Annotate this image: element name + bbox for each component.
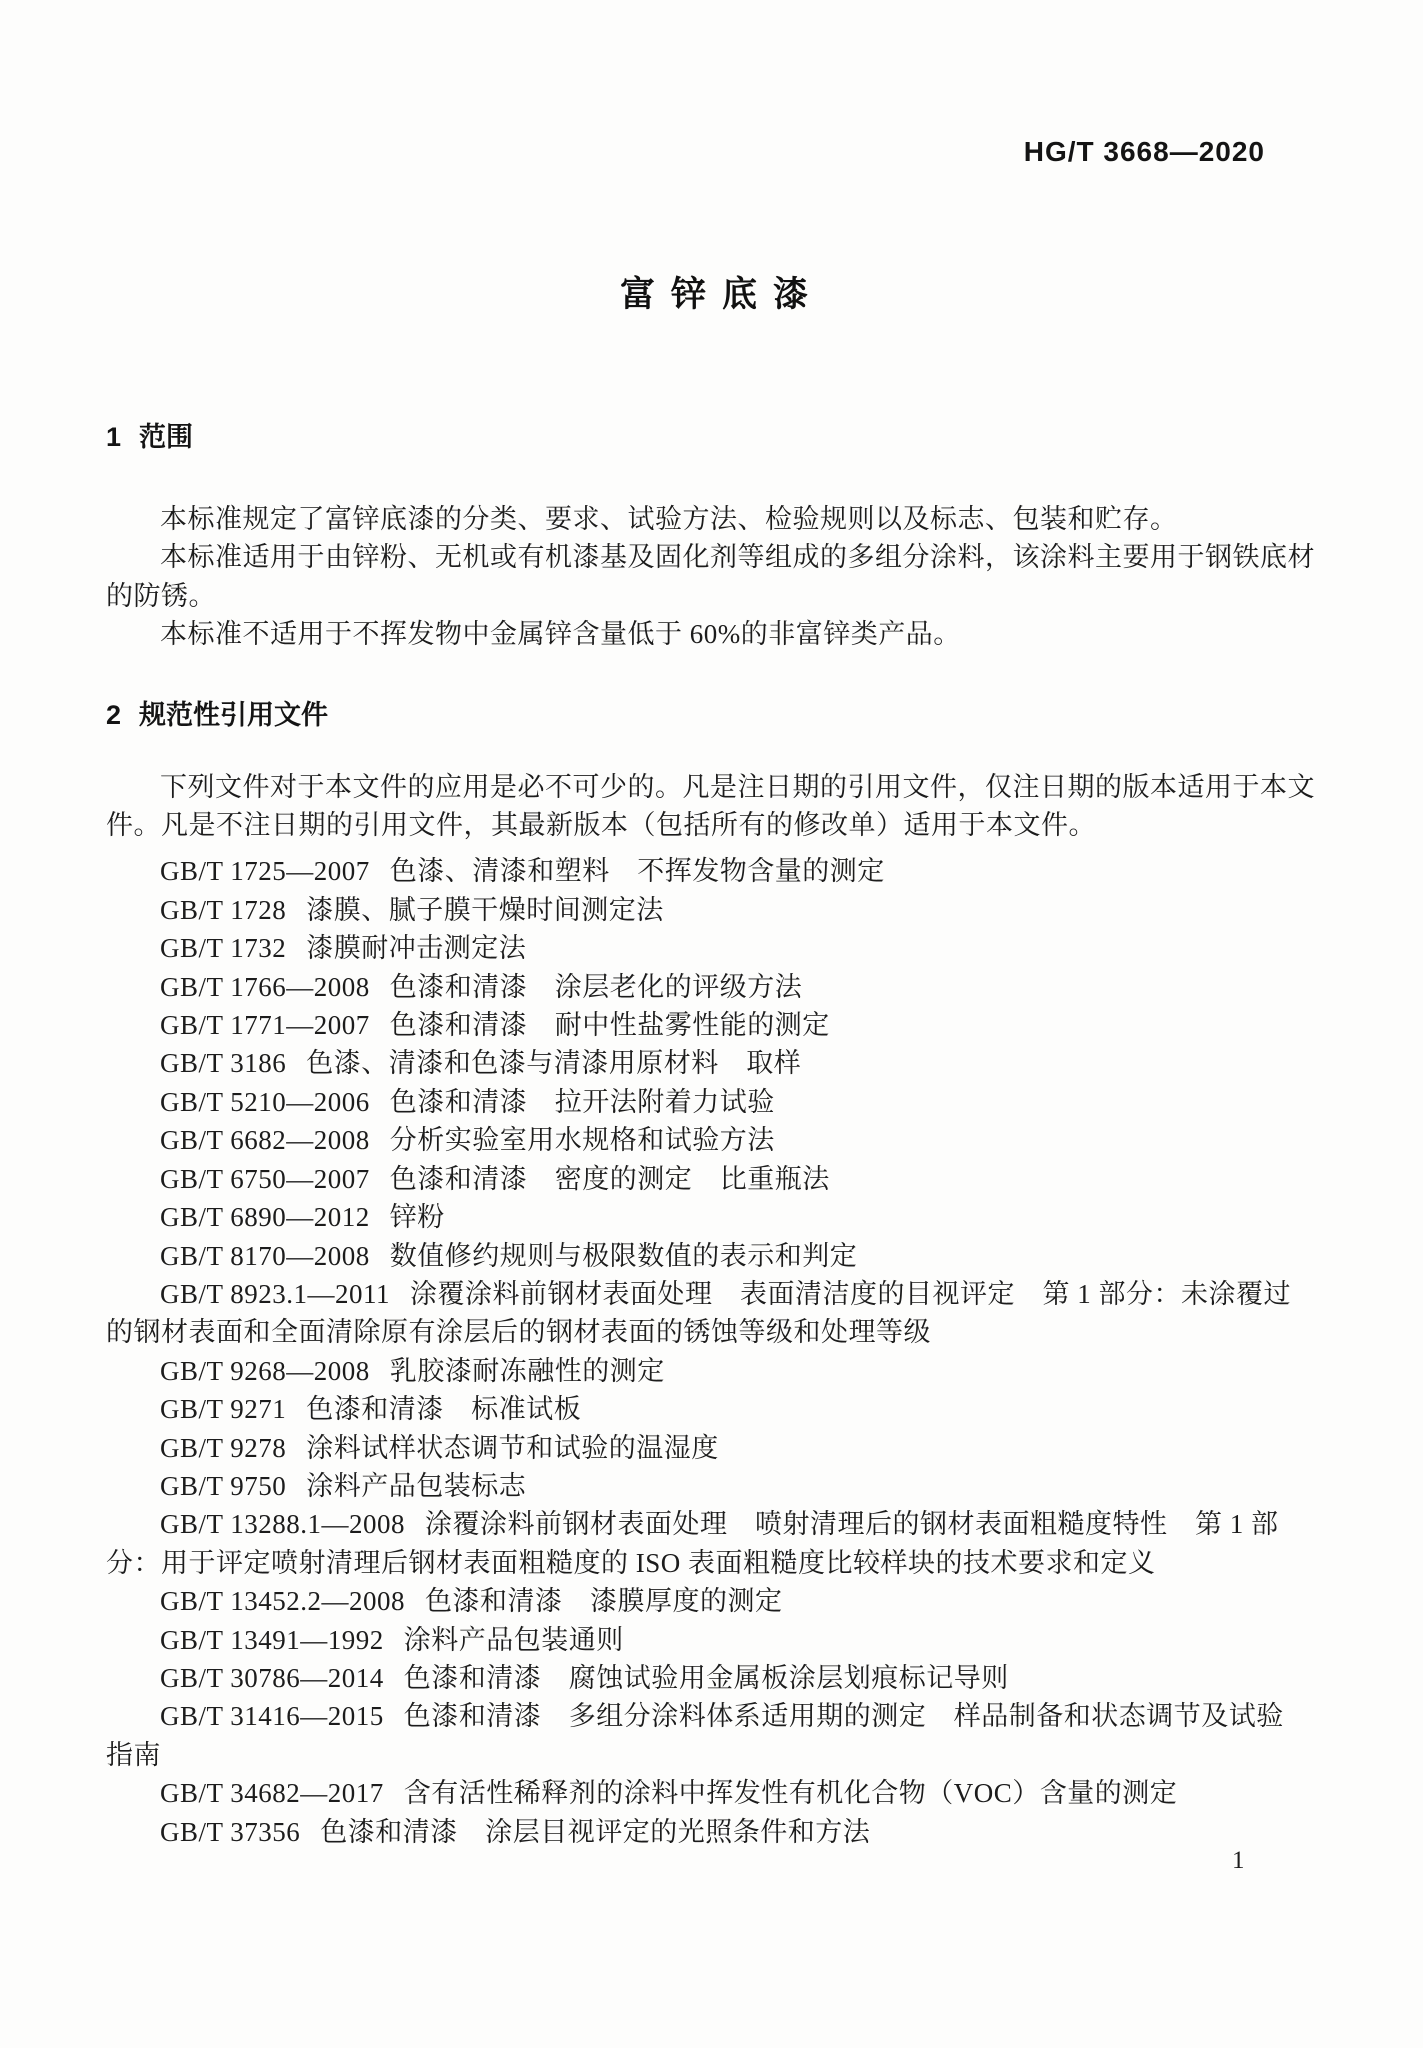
section-2-intro: 下列文件对于本文件的应用是必不可少的。凡是注日期的引用文件，仅注日期的版本适用于… — [106, 768, 1322, 845]
reference-title: 色漆和清漆 涂层目视评定的光照条件和方法 — [320, 1817, 870, 1847]
reference-code: GB/T 6750—2007 — [160, 1164, 370, 1194]
reference-code: GB/T 37356 — [160, 1817, 300, 1847]
section-1-body: 本标准规定了富锌底漆的分类、要求、试验方法、检验规则以及标志、包装和贮存。 本标… — [106, 500, 1322, 654]
reference-item: GB/T 1728漆膜、腻子膜干燥时间测定法 — [106, 891, 1322, 929]
paragraph: 本标准不适用于不挥发物中金属锌含量低于 60%的非富锌类产品。 — [106, 615, 1322, 653]
page-number: 1 — [1232, 1846, 1245, 1876]
reference-item: GB/T 1766—2008色漆和清漆 涂层老化的评级方法 — [106, 968, 1322, 1006]
reference-code: GB/T 1766—2008 — [160, 972, 370, 1002]
reference-code: GB/T 1728 — [160, 895, 286, 925]
reference-item: GB/T 31416—2015色漆和清漆 多组分涂料体系适用期的测定 样品制备和… — [106, 1697, 1322, 1774]
reference-code: GB/T 5210—2006 — [160, 1087, 370, 1117]
reference-item: GB/T 13491—1992涂料产品包装通则 — [106, 1621, 1322, 1659]
reference-code: GB/T 6682—2008 — [160, 1125, 370, 1155]
reference-item: GB/T 3186色漆、清漆和色漆与清漆用原材料 取样 — [106, 1044, 1322, 1082]
reference-title: 色漆、清漆和塑料 不挥发物含量的测定 — [390, 856, 885, 886]
reference-item: GB/T 9271色漆和清漆 标准试板 — [106, 1390, 1322, 1428]
reference-title: 涂料试样状态调节和试验的温湿度 — [306, 1433, 719, 1463]
reference-title: 色漆和清漆 漆膜厚度的测定 — [425, 1586, 783, 1616]
reference-title: 含有活性稀释剂的涂料中挥发性有机化合物（VOC）含量的测定 — [404, 1778, 1178, 1808]
reference-item: GB/T 9750涂料产品包装标志 — [106, 1467, 1322, 1505]
reference-code: GB/T 8170—2008 — [160, 1241, 370, 1271]
reference-code: GB/T 1771—2007 — [160, 1010, 370, 1040]
reference-code: GB/T 31416—2015 — [160, 1701, 384, 1731]
reference-code: GB/T 3186 — [160, 1048, 286, 1078]
reference-code: GB/T 1732 — [160, 933, 286, 963]
reference-item: GB/T 30786—2014色漆和清漆 腐蚀试验用金属板涂层划痕标记导则 — [106, 1659, 1322, 1697]
page-content: 富锌底漆 1范围 本标准规定了富锌底漆的分类、要求、试验方法、检验规则以及标志、… — [106, 0, 1322, 1851]
reference-title: 色漆和清漆 拉开法附着力试验 — [390, 1087, 775, 1117]
section-1-label: 范围 — [139, 422, 193, 452]
reference-title: 色漆和清漆 涂层老化的评级方法 — [390, 972, 803, 1002]
reference-title: 涂料产品包装通则 — [404, 1625, 624, 1655]
reference-code: GB/T 13452.2—2008 — [160, 1586, 405, 1616]
paragraph: 本标准规定了富锌底漆的分类、要求、试验方法、检验规则以及标志、包装和贮存。 — [106, 500, 1322, 538]
reference-title: 漆膜、腻子膜干燥时间测定法 — [306, 895, 664, 925]
reference-item: GB/T 6750—2007色漆和清漆 密度的测定 比重瓶法 — [106, 1160, 1322, 1198]
reference-title: 数值修约规则与极限数值的表示和判定 — [390, 1241, 858, 1271]
document-title: 富锌底漆 — [106, 274, 1322, 316]
reference-code: GB/T 9271 — [160, 1394, 286, 1424]
reference-title: 色漆和清漆 腐蚀试验用金属板涂层划痕标记导则 — [404, 1663, 1009, 1693]
reference-item: GB/T 37356色漆和清漆 涂层目视评定的光照条件和方法 — [106, 1813, 1322, 1851]
reference-item: GB/T 13288.1—2008涂覆涂料前钢材表面处理 喷射清理后的钢材表面粗… — [106, 1505, 1322, 1582]
reference-item: GB/T 34682—2017含有活性稀释剂的涂料中挥发性有机化合物（VOC）含… — [106, 1774, 1322, 1812]
reference-title: 色漆和清漆 密度的测定 比重瓶法 — [390, 1164, 830, 1194]
reference-item: GB/T 6682—2008分析实验室用水规格和试验方法 — [106, 1121, 1322, 1159]
reference-code: GB/T 9278 — [160, 1433, 286, 1463]
reference-item: GB/T 9278涂料试样状态调节和试验的温湿度 — [106, 1429, 1322, 1467]
section-2-number: 2 — [106, 700, 121, 730]
reference-item: GB/T 9268—2008乳胶漆耐冻融性的测定 — [106, 1352, 1322, 1390]
reference-title: 色漆和清漆 耐中性盐雾性能的测定 — [390, 1010, 830, 1040]
reference-code: GB/T 9268—2008 — [160, 1356, 370, 1386]
reference-code: GB/T 30786—2014 — [160, 1663, 384, 1693]
reference-title: 色漆和清漆 标准试板 — [306, 1394, 581, 1424]
reference-item: GB/T 1732漆膜耐冲击测定法 — [106, 929, 1322, 967]
section-2-heading: 2规范性引用文件 — [106, 700, 1322, 730]
reference-item: GB/T 1771—2007色漆和清漆 耐中性盐雾性能的测定 — [106, 1006, 1322, 1044]
paragraph: 本标准适用于由锌粉、无机或有机漆基及固化剂等组成的多组分涂料，该涂料主要用于钢铁… — [106, 538, 1322, 615]
reference-code: GB/T 6890—2012 — [160, 1202, 370, 1232]
reference-title: 漆膜耐冲击测定法 — [306, 933, 526, 963]
section-1-number: 1 — [106, 422, 121, 452]
reference-item: GB/T 8923.1—2011涂覆涂料前钢材表面处理 表面清洁度的目视评定 第… — [106, 1275, 1322, 1352]
paragraph: 下列文件对于本文件的应用是必不可少的。凡是注日期的引用文件，仅注日期的版本适用于… — [106, 768, 1322, 845]
reference-title: 乳胶漆耐冻融性的测定 — [390, 1356, 665, 1386]
reference-item: GB/T 13452.2—2008色漆和清漆 漆膜厚度的测定 — [106, 1582, 1322, 1620]
reference-code: GB/T 9750 — [160, 1471, 286, 1501]
reference-code: GB/T 34682—2017 — [160, 1778, 384, 1808]
normative-references-list: GB/T 1725—2007色漆、清漆和塑料 不挥发物含量的测定 GB/T 17… — [106, 852, 1322, 1851]
reference-item: GB/T 8170—2008数值修约规则与极限数值的表示和判定 — [106, 1237, 1322, 1275]
reference-code: GB/T 13491—1992 — [160, 1625, 384, 1655]
reference-title: 分析实验室用水规格和试验方法 — [390, 1125, 775, 1155]
document-page: HG/T 3668—2020 富锌底漆 1范围 本标准规定了富锌底漆的分类、要求… — [0, 0, 1423, 2048]
reference-title: 锌粉 — [390, 1202, 445, 1232]
reference-item: GB/T 6890—2012锌粉 — [106, 1198, 1322, 1236]
reference-code: GB/T 1725—2007 — [160, 856, 370, 886]
reference-code: GB/T 13288.1—2008 — [160, 1509, 405, 1539]
reference-title: 色漆、清漆和色漆与清漆用原材料 取样 — [306, 1048, 801, 1078]
reference-title: 涂料产品包装标志 — [306, 1471, 526, 1501]
reference-item: GB/T 5210—2006色漆和清漆 拉开法附着力试验 — [106, 1083, 1322, 1121]
reference-code: GB/T 8923.1—2011 — [160, 1279, 390, 1309]
section-1-heading: 1范围 — [106, 422, 1322, 452]
reference-item: GB/T 1725—2007色漆、清漆和塑料 不挥发物含量的测定 — [106, 852, 1322, 890]
section-2-label: 规范性引用文件 — [139, 700, 328, 730]
